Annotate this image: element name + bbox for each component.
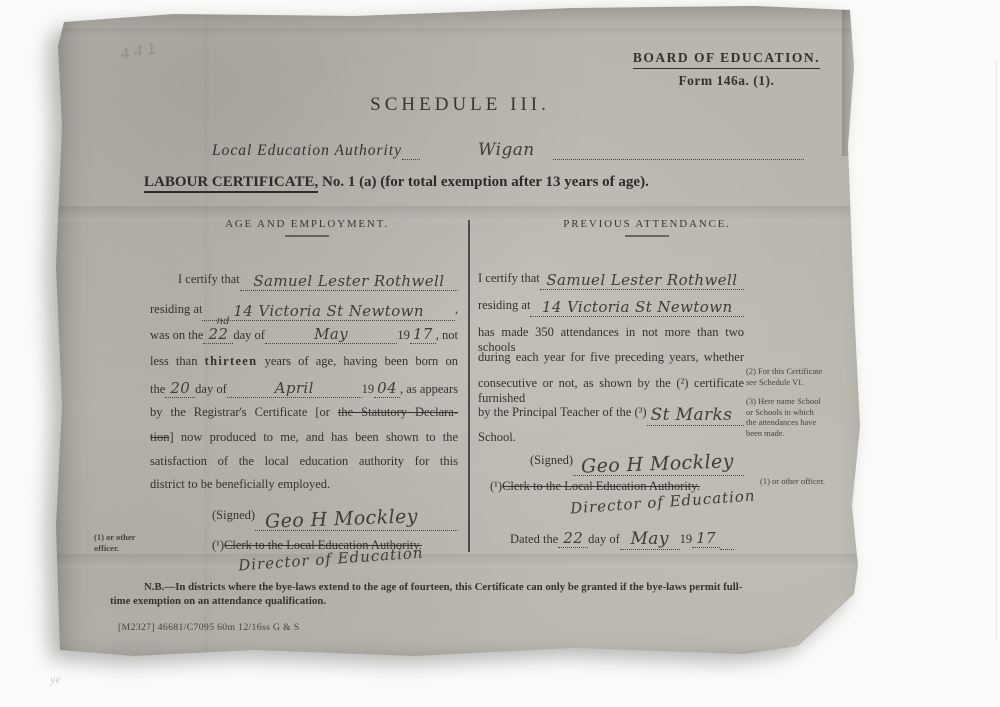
satisfaction-line: satisfaction of the local education auth… bbox=[150, 454, 458, 469]
dated-month-handwritten: May bbox=[630, 529, 668, 549]
printer-code: [M2327] 46681/C7095 60m 12/16ss G & S bbox=[118, 622, 299, 633]
margin-note-other-officer: (1) or other officer. bbox=[760, 476, 834, 487]
certificate-title: LABOUR CERTIFICATE, No. 1 (a) (for total… bbox=[144, 174, 820, 191]
certificate-title-underlined: LABOUR CERTIFICATE, bbox=[144, 174, 318, 193]
schedule-title: SCHEDULE III. bbox=[54, 94, 866, 116]
teacher-label: by the Principal Teacher of the (³) bbox=[478, 405, 647, 420]
attendance-line-3: consecutive or not, as shown by the (²) … bbox=[478, 376, 744, 406]
month-handwritten: May bbox=[314, 325, 348, 343]
child-name-handwritten: Samuel Lester Rothwell bbox=[546, 271, 737, 289]
school-word-line: School. bbox=[478, 430, 516, 445]
birth-year-printed: 19 bbox=[362, 382, 375, 397]
right-column-heading: PREVIOUS ATTENDANCE. bbox=[537, 218, 757, 237]
birth-day-handwritten: 20 bbox=[165, 379, 195, 398]
left-column-heading: AGE AND EMPLOYMENT. bbox=[207, 218, 407, 237]
certificate-paper: 441 BOARD OF EDUCATION. Form 146a. (1). … bbox=[54, 6, 866, 658]
dotted-rule bbox=[553, 140, 804, 160]
signed-line: (Signed) Geo H Mockley bbox=[530, 453, 744, 476]
school-name-handwritten: St Marks bbox=[651, 405, 733, 425]
birth-year-handwritten: 04 bbox=[374, 379, 400, 398]
pencil-reference-number: 441 bbox=[119, 39, 162, 64]
dated-year-handwritten: 17 bbox=[692, 529, 720, 548]
address-handwritten: 14 Victoria St Newtown bbox=[542, 298, 733, 316]
day-of-label: day of bbox=[588, 532, 620, 547]
dated-line: Dated the 22 day of May 1917 bbox=[510, 529, 734, 550]
left-margin-note: (1) or other officer. bbox=[94, 532, 154, 553]
clerk-footnote-marker: (¹) bbox=[212, 538, 224, 553]
dotted-rule: Geo H Mockley bbox=[573, 453, 744, 476]
year-handwritten: 17 bbox=[410, 325, 436, 344]
dotted-rule: Samuel Lester Rothwell bbox=[540, 271, 744, 290]
paper-crease bbox=[54, 28, 866, 38]
residing-label: residing at bbox=[150, 302, 202, 317]
dotted-rule bbox=[720, 529, 734, 550]
paper-crease bbox=[842, 6, 854, 156]
residing-line: residing at 14 Victoria St Newtown bbox=[478, 298, 744, 317]
dated-day-handwritten: 22 bbox=[558, 529, 588, 548]
column-divider-rule bbox=[468, 220, 470, 552]
certify-line: I certify that Samuel Lester Rothwell bbox=[478, 271, 744, 290]
nb-line-1: N.B.—In districts where the bye-laws ext… bbox=[110, 580, 892, 594]
dated-year-printed: 19 bbox=[680, 532, 693, 547]
attendance-line-2: during each year for five preceding year… bbox=[478, 350, 744, 365]
board-of-education-header: BOARD OF EDUCATION. Form 146a. (1). bbox=[633, 50, 820, 89]
birth-month-handwritten: April bbox=[275, 379, 314, 397]
day-value: 22 bbox=[208, 325, 228, 343]
stray-pencil-mark: ye bbox=[49, 671, 61, 687]
child-name-handwritten: Samuel Lester Rothwell bbox=[253, 272, 444, 290]
paper-sheet: 441 BOARD OF EDUCATION. Form 146a. (1). … bbox=[54, 6, 866, 658]
registrar-pre: by the Registrar's Certificate [or bbox=[150, 405, 338, 419]
tion-struck: tion bbox=[150, 430, 169, 444]
certificate-title-rest: No. 1 (a) (for total exemption after 13 … bbox=[318, 174, 649, 190]
principal-teacher-line: by the Principal Teacher of the (³) St M… bbox=[478, 405, 744, 426]
signature-handwritten: Geo H Mockley bbox=[265, 505, 418, 532]
form-number: Form 146a. (1). bbox=[633, 73, 820, 89]
as-appears-label: , as appears bbox=[400, 382, 458, 397]
residing-line: residing at 14 Victoria St Newtown , bbox=[150, 302, 458, 321]
nb-line-2: time exemption on an attendance qualific… bbox=[110, 595, 326, 607]
dotted-rule: 14 Victoria St Newtown bbox=[202, 302, 454, 321]
age-pre: less than bbox=[150, 354, 205, 368]
year-printed: 19 bbox=[397, 328, 410, 343]
produced-line: tion] now produced to me, and has been s… bbox=[150, 430, 458, 445]
age-employment-column: I certify that Samuel Lester Rothwell re… bbox=[150, 272, 458, 572]
residing-comma: , bbox=[455, 302, 458, 317]
dotted-rule: Samuel Lester Rothwell bbox=[240, 272, 458, 291]
signed-label: (Signed) bbox=[212, 508, 255, 523]
dotted-rule: 14 Victoria St Newtown bbox=[530, 298, 744, 317]
previous-attendance-heading: PREVIOUS ATTENDANCE. bbox=[537, 218, 757, 230]
heading-rule bbox=[285, 235, 329, 237]
local-education-authority-line: Local Education Authority Wigan bbox=[212, 140, 804, 160]
signature-handwritten: Geo H Mockley bbox=[581, 450, 734, 477]
nb-footnote: N.B.—In districts where the bye-laws ext… bbox=[110, 580, 892, 608]
was-on-label: was on the bbox=[150, 328, 203, 343]
scan-artifact-line bbox=[996, 60, 997, 640]
date-of-certificate-line: was on the 22nd day of May 1917 , not bbox=[150, 325, 458, 344]
registrar-line: by the Registrar's Certificate [or the S… bbox=[150, 405, 458, 420]
margin-note-schedule-vi: (2) For this Certificate see Schedule VI… bbox=[746, 366, 826, 387]
dated-label: Dated the bbox=[510, 532, 558, 547]
certify-line: I certify that Samuel Lester Rothwell bbox=[150, 272, 458, 291]
the-label: the bbox=[150, 382, 165, 397]
heading-rule bbox=[625, 235, 669, 237]
dotted-rule: Geo H Mockley bbox=[255, 508, 458, 531]
board-title: BOARD OF EDUCATION. bbox=[633, 50, 820, 69]
statutory-declaration-struck: the Statutory Declara- bbox=[338, 405, 458, 419]
lea-value-handwritten: Wigan bbox=[420, 140, 553, 160]
birth-date-line: the 20 day of April 1904 , as appears bbox=[150, 379, 458, 398]
day-handwritten: 22nd bbox=[203, 325, 233, 344]
age-employment-heading: AGE AND EMPLOYMENT. bbox=[207, 218, 407, 230]
dotted-rule: St Marks bbox=[647, 405, 744, 426]
dotted-rule bbox=[402, 140, 420, 160]
dotted-rule: May bbox=[265, 325, 397, 344]
produced-rest: ] now produced to me, and has been shown… bbox=[169, 430, 458, 444]
age-thirteen-bold: thirteen bbox=[205, 354, 258, 368]
day-of-label: day of bbox=[195, 382, 227, 397]
certify-label: I certify that bbox=[478, 271, 540, 286]
dotted-rule: May bbox=[620, 529, 680, 550]
age-line: less than thirteen years of age, having … bbox=[150, 354, 458, 369]
address-handwritten: 14 Victoria St Newtown bbox=[233, 302, 424, 320]
previous-attendance-column: I certify that Samuel Lester Rothwell re… bbox=[478, 271, 744, 591]
not-label: , not bbox=[436, 328, 458, 343]
signed-line: (Signed) Geo H Mockley bbox=[212, 508, 458, 531]
lea-label: Local Education Authority bbox=[212, 142, 402, 160]
dotted-rule: April bbox=[227, 379, 362, 398]
age-post: years of age, having been born on bbox=[257, 354, 458, 368]
day-of-label: day of bbox=[233, 328, 265, 343]
signed-label: (Signed) bbox=[530, 453, 573, 468]
clerk-footnote-marker: (¹) bbox=[490, 479, 502, 494]
district-line: district to be beneficially employed. bbox=[150, 477, 330, 492]
margin-note-school-name: (3) Here name School or Schools in which… bbox=[746, 396, 826, 438]
certify-label: I certify that bbox=[150, 272, 240, 287]
residing-label: residing at bbox=[478, 298, 530, 313]
ordinal-handwritten: nd bbox=[216, 316, 230, 327]
